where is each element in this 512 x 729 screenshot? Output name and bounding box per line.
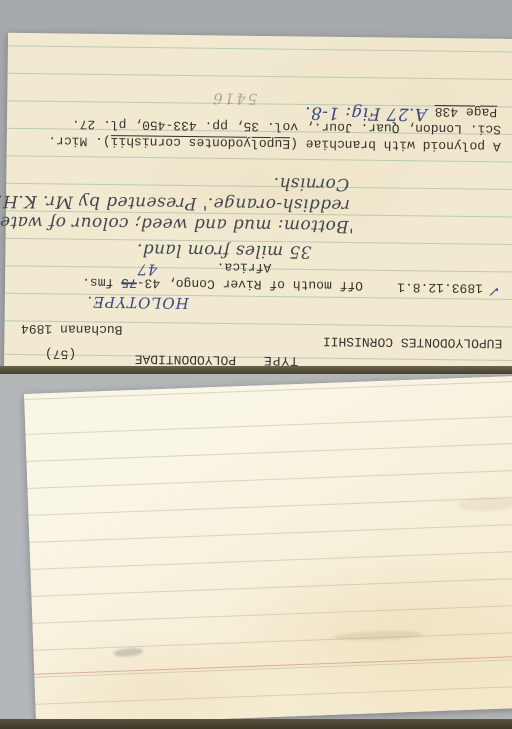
locality-line: Off mouth of River Congo, 43-75 fms. [82,274,363,292]
continent-label: Africa. [217,259,272,274]
species-author-year: Buchanan 1894 [21,321,123,337]
scan-region-front: TYPE POLYODONTIDAE (57) EUPOLYODONTES CO… [0,0,512,374]
locality-text: Off mouth of River Congo, 43- [137,275,363,293]
locality-depth-struck: 75 [121,275,137,290]
note-line-3: Cornish. [273,173,349,192]
scan-region-back [0,374,512,729]
card-number: (57) [45,346,76,361]
figure-annotation: A.27 Fig: 1-8. [305,103,428,122]
citation-page: Page 438 [435,104,498,119]
card-header-family: POLYODONTIDAE [135,351,237,367]
locality-unit: fms. [82,275,121,290]
species-name: EUPOLYODONTES CORNISHII [323,333,503,349]
note-line-2: reddish-orange.' Presented by Mr. K.H. [0,191,350,213]
pencil-annotation: 5416 [211,90,257,106]
citation-text: A polynoid with branchiae ( [290,136,501,154]
index-card-back [24,374,512,726]
depth-correction: 47 [137,261,157,277]
index-card-front: TYPE POLYODONTIDAE (57) EUPOLYODONTES CO… [4,33,512,374]
citation-text-end: ). Micr. [48,133,111,149]
card-front-content: TYPE POLYODONTIDAE (57) EUPOLYODONTES CO… [4,33,512,374]
citation-species-underlined: Eupolyodontes cornishii [111,134,291,151]
citation-line-2: Sci. London, Quar. Jour., vol. 35, pp. 4… [72,116,501,136]
checkmark-icon: ✓ [489,283,501,298]
ruled-lines [24,374,512,726]
note-distance: 35 miles from land. [137,240,312,260]
card-edge-shadow-bottom [0,719,512,729]
registration-number: 1893.12.8.1 [397,279,483,294]
note-line-1: 'Bottom: mud and weed; colour of water, [0,212,354,234]
type-status-label: HOLOTYPE. [86,293,189,310]
card-edge-shadow [0,366,512,374]
